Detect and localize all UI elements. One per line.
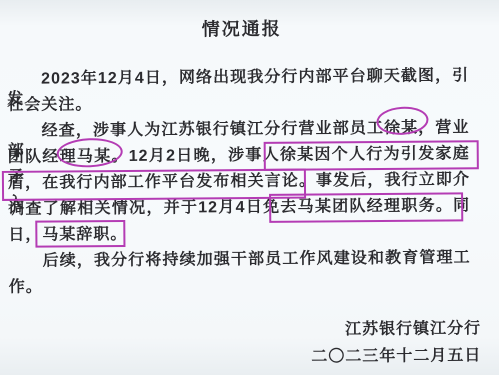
doc-title: 情况通报: [0, 13, 485, 43]
doc-line: 调查了解相关情况，并于12月4日免去马某团队经理职务。同: [8, 196, 470, 220]
document-page: 情况通报 2023年12月4日，网络出现我分行内部平台聊天截图，引发 社会关注。…: [0, 0, 499, 375]
doc-line: 日，马某辞职。: [8, 222, 470, 246]
photo-background: 情况通报 2023年12月4日，网络出现我分行内部平台聊天截图，引发 社会关注。…: [0, 0, 499, 375]
doc-line: 作。: [9, 274, 471, 298]
signature-org: 江苏银行镇江分行: [345, 319, 481, 340]
signature-date: 二〇二三年十二月五日: [311, 346, 481, 367]
doc-line: 后续，我分行将持续加强干部员工作风建设和教育管理工: [8, 248, 470, 272]
doc-line: 社会关注。: [7, 92, 469, 116]
